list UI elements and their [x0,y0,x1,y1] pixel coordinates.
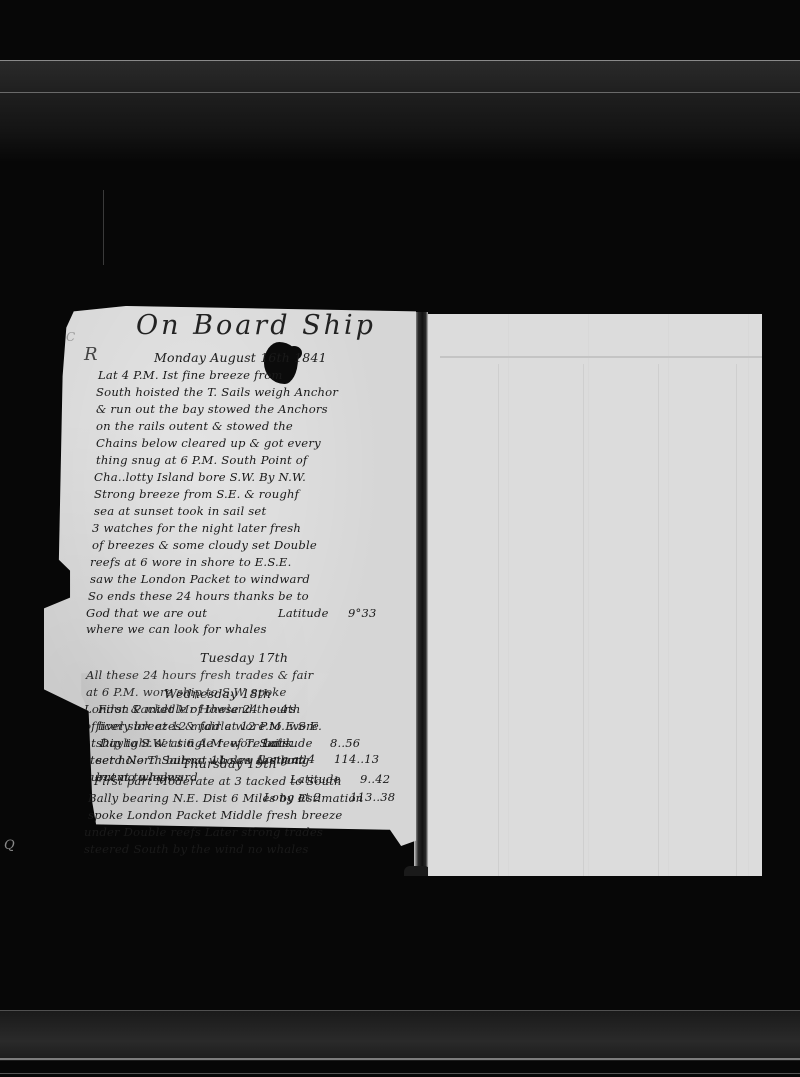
microfilm-band-top [0,60,800,161]
entry-line: Strong breeze from S.E. & roughf [94,487,299,501]
entry-line: thing snug at 6 P.M. South Point of [96,453,307,467]
band-rule [0,1073,800,1074]
entry-line: sea at sunset took in sail set [94,504,266,518]
entry-line: 3 watches for the night later fresh [92,521,301,535]
right-page-blank [428,314,762,876]
latitude-value: 9°33 [348,606,377,620]
entry-line: First & middle of these 24 hours [98,702,296,716]
film-scratch [103,190,104,265]
entry-line: First part Moderate at 3 tacked to South [94,774,342,788]
latitude-label: Latitude [262,736,313,750]
column-rule [658,364,659,876]
entry-line: South hoisted the T. Sails weigh Anchor [96,385,338,399]
entry-line: steered South by the wind no whales [84,842,309,856]
entry-line: on the rails outent & stowed the [96,419,293,433]
longitude-value: 114..13 [334,752,379,766]
entry-date-heading: Tuesday 17th [200,650,288,665]
entry-line: under Double reefs Later strong trades [84,825,323,839]
band-rule [0,1058,800,1060]
entry-line: spoke London Packet Middle fresh breeze [88,808,342,822]
entry-line: God that we are out [86,606,207,620]
entry-date-heading: Thursday 19th [182,756,277,771]
latitude-label: Latitude [278,606,329,620]
entry-line: Bally bearing N.E. Dist 6 Miles by Estim… [88,791,363,805]
entry-line: Cha..lotty Island bore S.W. By N.W. [94,470,306,484]
entry-line: saw the London Packet to windward [90,572,310,586]
entry-line: lively breezes & fair at 12 P.M. wore [98,719,319,733]
entry-date-heading: Monday August 16th 1841 [154,350,327,365]
entry-line: Chains below cleared up & got every [96,436,321,450]
page-header-rule [440,356,762,358]
band-rule [0,92,800,93]
frame-number: Q [4,838,15,853]
entry-line: Lat 4 P.M. Ist fine breeze from [98,368,283,382]
entry-line: where we can look for whales [86,622,267,636]
microfilm-band-bottom [0,1010,800,1061]
entry-line: reefs at 6 wore in shore to E.S.E. [90,555,291,569]
entry-line: of breezes & some cloudy set Double [92,538,317,552]
latitude-value: 8..56 [330,736,360,750]
entry-date-heading: Wednesday 18th [164,686,271,701]
book-gutter [414,312,428,874]
entry-line: So ends these 24 hours thanks be to [88,589,309,603]
pencil-margin-mark: C [66,330,75,344]
page-title: On Board Ship [136,310,376,341]
column-rule [583,364,584,876]
margin-mark: R [84,344,98,365]
entry-line: & run out the bay stowed the Anchors [96,402,328,416]
column-rule [498,364,499,876]
column-rule [736,364,737,876]
